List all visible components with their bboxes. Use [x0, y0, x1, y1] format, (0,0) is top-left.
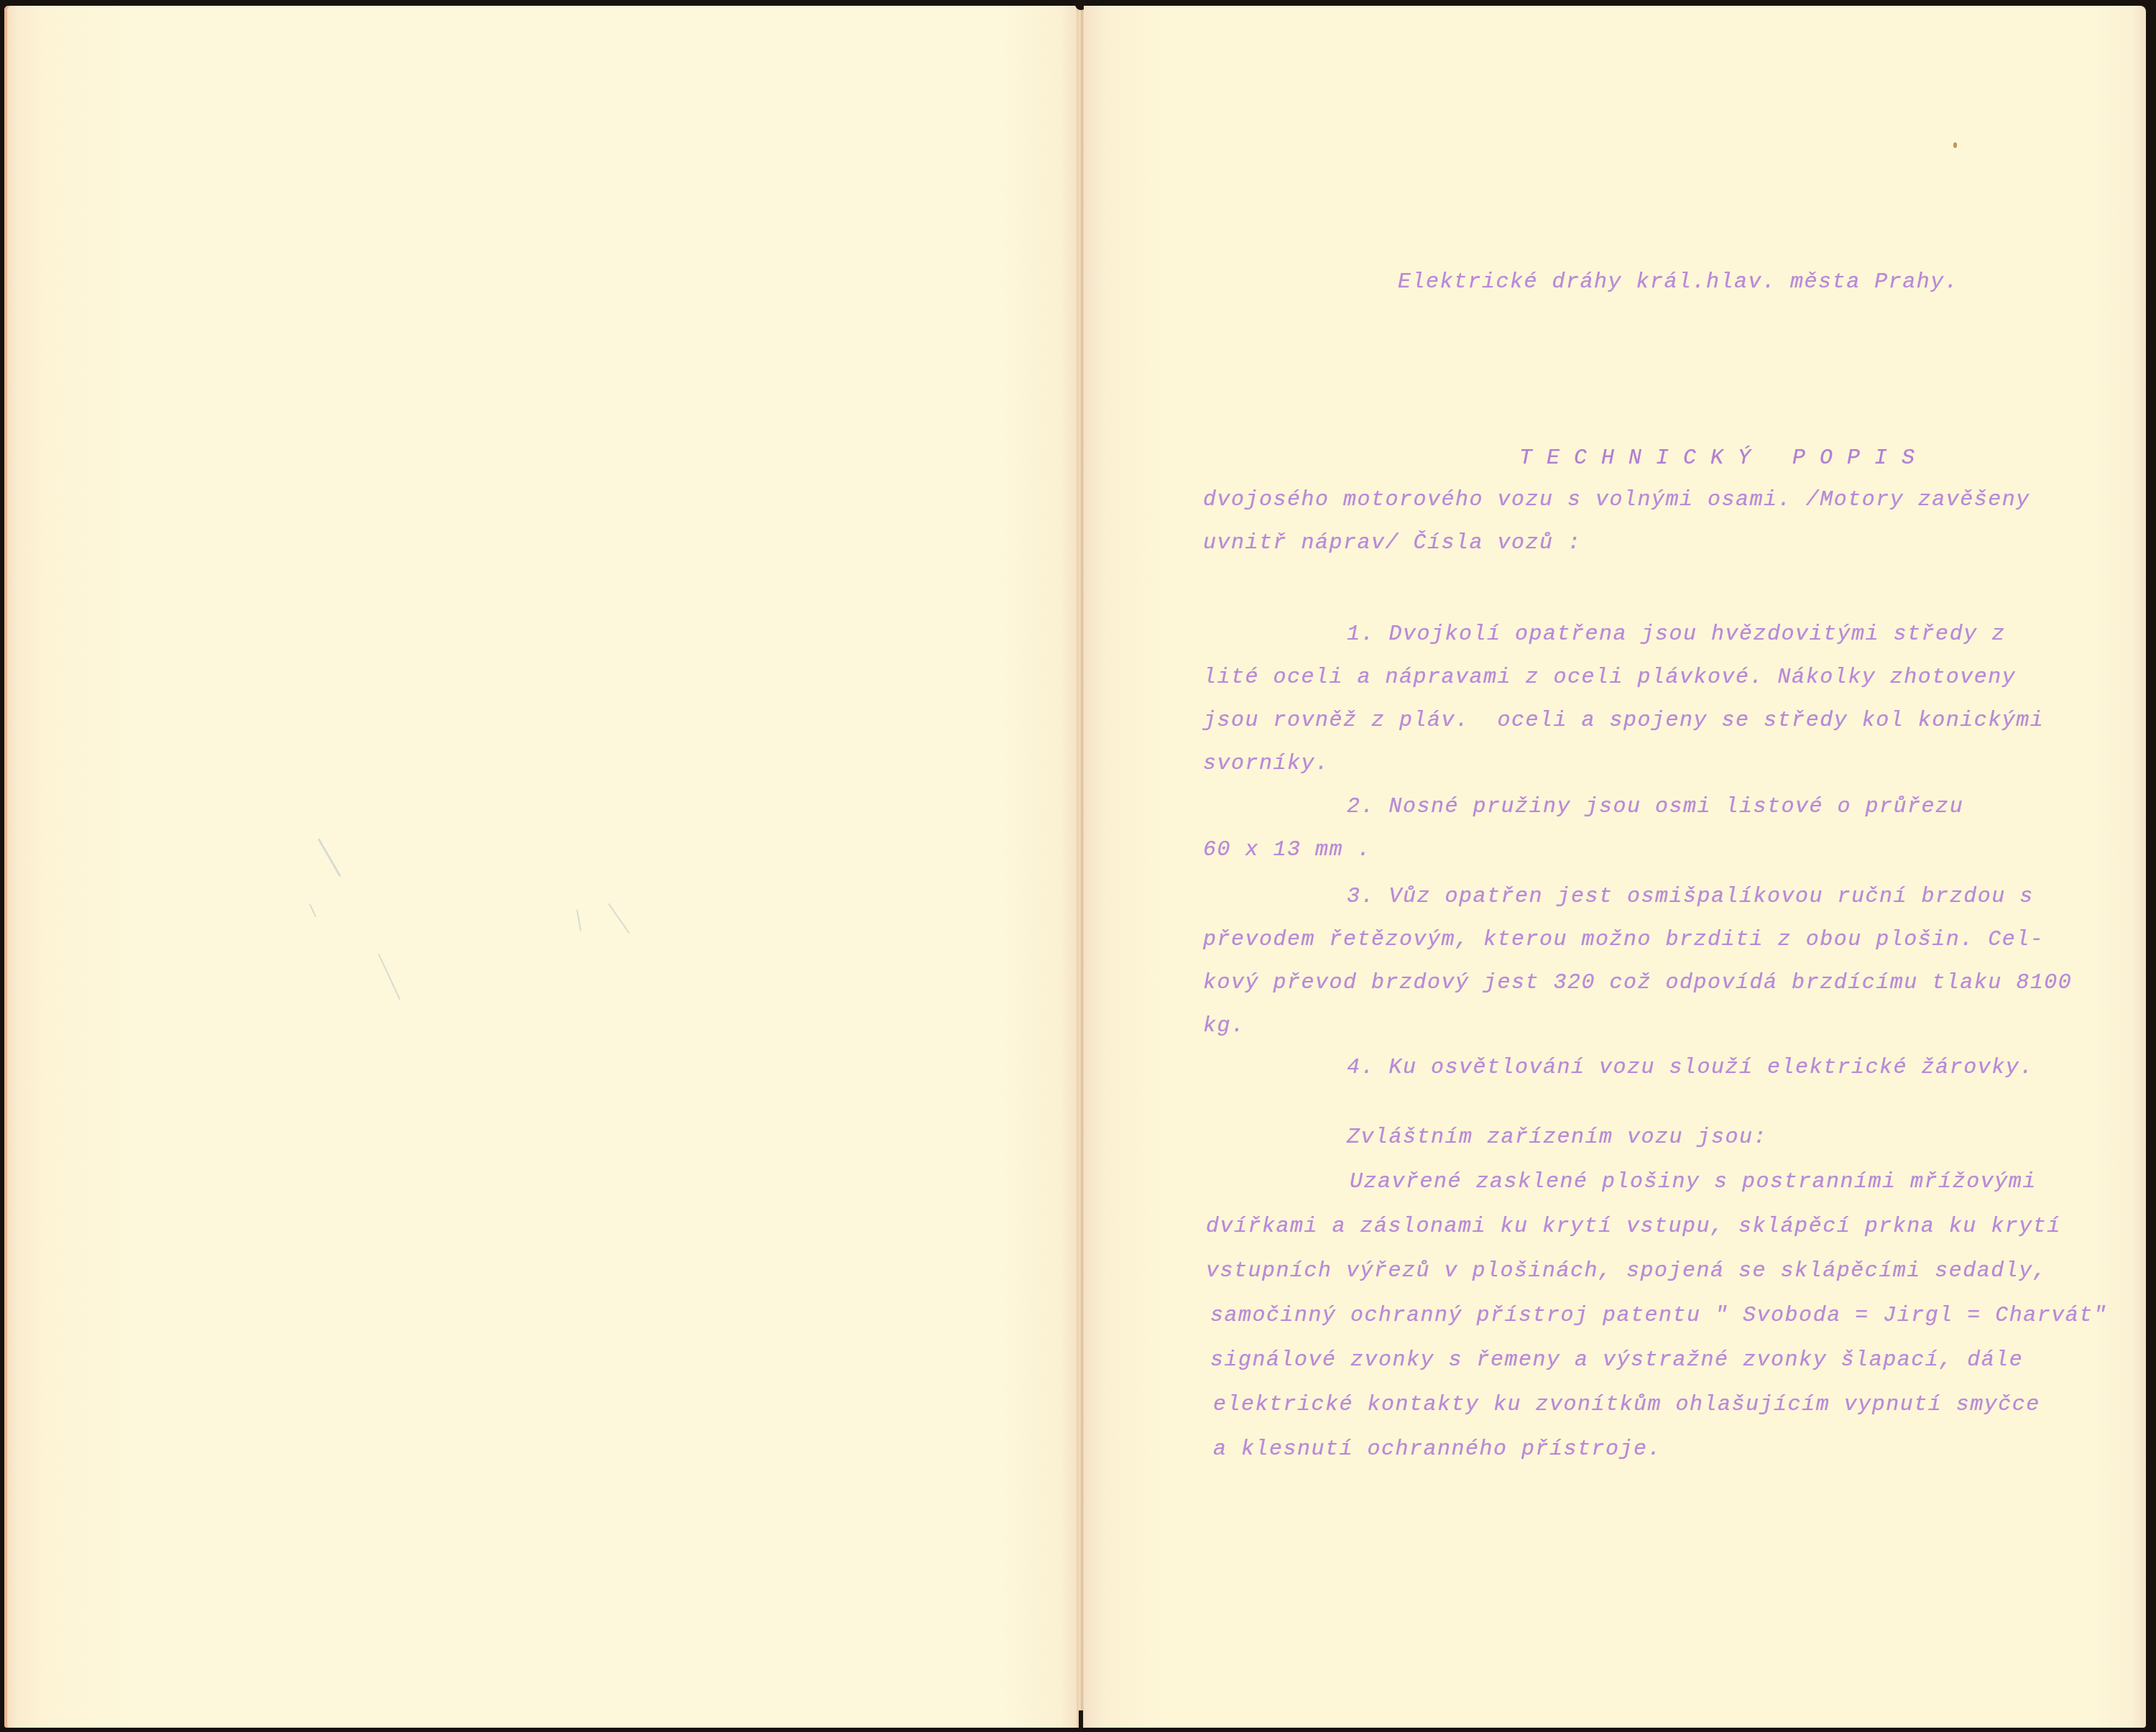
document-spread: Elektrické dráhy král.hlav. města Prahy.… [0, 0, 2156, 1732]
left-page [4, 6, 1078, 1728]
right-page: Elektrické dráhy král.hlav. města Prahy.… [1084, 6, 2146, 1728]
header-text: Elektrické dráhy král.hlav. města Prahy. [1398, 270, 1958, 295]
paragraph-4: 4. Ku osvětlování vozu slouží elektrické… [1203, 1057, 1287, 1122]
paragraph-line: jsou rovněž z pláv. oceli a spojeny se s… [1203, 710, 2044, 732]
paragraph-line: lité oceli a nápravami z oceli plávkové.… [1203, 667, 2016, 688]
paragraph-line: 1. Dvojkolí opatřena jsou hvězdovitými s… [1347, 624, 2006, 645]
paragraph-line: svorníky. [1203, 753, 1330, 775]
bleed-mark [318, 839, 341, 877]
bleed-mark [378, 954, 400, 1000]
paragraph-line: vstupních výřezů v plošinách, spojená se… [1206, 1261, 2047, 1282]
intro-block: dvojosého motorového vozu s volnými osam… [1203, 489, 1287, 576]
spine-bottom-shadow [1079, 1710, 1083, 1732]
paragraph-line: Zvláštním zařízením vozu jsou: [1347, 1127, 1767, 1148]
paragraph-line: 2. Nosné pružiny jsou osmi listové o prů… [1347, 796, 1963, 818]
paper-speck [1953, 142, 1957, 148]
paragraph-line: kg. [1203, 1015, 1245, 1037]
paragraph-line: a klesnutí ochranného přístroje. [1213, 1439, 1662, 1460]
paragraph-1: 1. Dvojkolí opatřena jsou hvězdovitými s… [1203, 624, 1287, 753]
paragraph-line: samočinný ochranný přístroj patentu " Sv… [1210, 1305, 2107, 1327]
intro-line: dvojosého motorového vozu s volnými osam… [1203, 489, 2030, 511]
paragraph-line: 4. Ku osvětlování vozu slouží elektrické… [1347, 1057, 2034, 1079]
paragraph-3: 3. Vůz opatřen jest osmišpalíkovou ruční… [1203, 886, 1287, 1015]
bleed-mark [576, 910, 581, 931]
bleed-mark [309, 903, 316, 917]
paragraph-line: elektrické kontakty ku zvonítkům ohlašuj… [1213, 1394, 2040, 1416]
paragraph-2: 2. Nosné pružiny jsou osmi listové o prů… [1203, 796, 1287, 883]
paragraph-line: kový převod brzdový jest 320 což odpovíd… [1203, 972, 2072, 994]
paragraph-line: převodem řetězovým, kterou možno brzditi… [1203, 929, 2044, 951]
bleed-mark [608, 903, 630, 934]
paragraph-line: dvířkami a záslonami ku krytí vstupu, sk… [1206, 1216, 2061, 1238]
document-header: Elektrické dráhy král.hlav. města Prahy. [1314, 250, 1958, 315]
paragraph-line: Uzavřené zasklené plošiny s postranními … [1350, 1171, 2037, 1193]
special-equipment-paragraph: Uzavřené zasklené plošiny s postranními … [1206, 1171, 1290, 1365]
paragraph-line: signálové zvonky s řemeny a výstražné zv… [1210, 1350, 2023, 1371]
paragraph-line: 60 x 13 mm . [1203, 839, 1371, 861]
document-title: TECHNICKÝ POPIS [1355, 426, 1929, 491]
title-text: TECHNICKÝ POPIS [1519, 446, 1929, 471]
intro-line: uvnitř náprav/ Čísla vozů : [1203, 533, 1582, 554]
paragraph-line: 3. Vůz opatřen jest osmišpalíkovou ruční… [1347, 886, 2034, 908]
